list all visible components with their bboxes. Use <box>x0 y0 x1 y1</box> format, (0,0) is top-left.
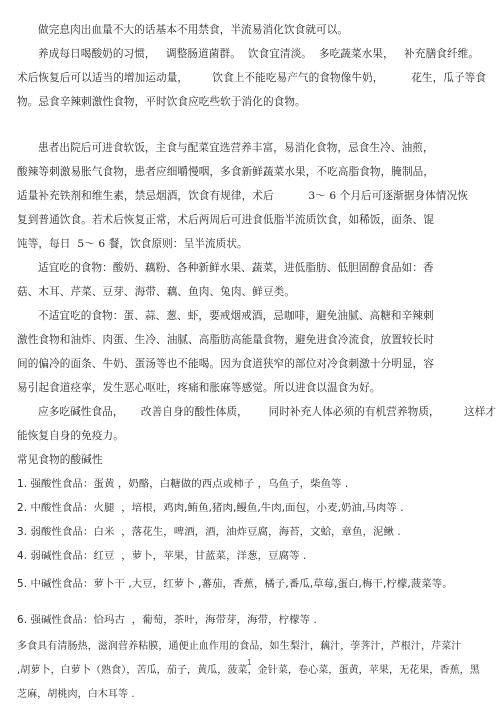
text-line: 饨等，每日 5～ 6 餐，饮食原则：呈半流质状。 <box>17 237 248 251</box>
text-line: 做完息肉出血量不大的话基本不用禁食，半流易消化饮食就可以。 <box>38 23 348 37</box>
list-item: 3. 弱酸性食品：白米 ，落花生，啤酒，酒，油炸豆腐，海苔，文蛤，章鱼，泥鳅 . <box>17 525 401 539</box>
list-item: 2. 中酸性食品：火腿 ，培根，鸡肉,鲔鱼,猪肉,鳗鱼,牛肉,面包，小麦,奶油,… <box>17 501 404 515</box>
text-line: 物。忌食辛辣刺激性食物，平时饮食应吃些软于消化的食物。 <box>17 95 306 109</box>
list-item: 4. 弱碱性食品：红豆 ，萝卜，苹果，甘蓝菜，洋葱，豆腐等 . <box>17 549 306 563</box>
text-line: 不适宜吃的食物：蛋、蒜、葱、虾，要戒烟戒酒，忌咖啡，避免油腻、高糖和辛辣刺 <box>38 309 434 323</box>
text-line: 常见食物的酸碱性 <box>17 453 103 467</box>
text-line: 芝麻，胡桃肉，白木耳等 . <box>17 688 135 702</box>
text-line: 间的偏冷的面条、牛奶、蛋汤等也不能喝。因为食道狭窄的部位对冷食刺激十分明显，容 <box>17 357 434 371</box>
text-line: 易引起食道痉挛，发生恶心呕吐，疼痛和胀麻等感觉。所以进食以温食为好。 <box>17 381 381 395</box>
document-page: 做完息肉出血量不大的话基本不用禁食，半流易消化饮食就可以。养成每日喝酸奶的习惯，… <box>0 0 500 708</box>
text-line: 适量补充铁剂和维生素，禁忌烟酒，饮食有规律，术后 3～ 6 个月后可逐渐据身体情… <box>17 189 468 203</box>
text-line: 多食具有清肠热，滋润营养粘膜，通便止血作用的食品，如生梨汁，藕汁，荸荠汁，芦根汁… <box>17 640 461 654</box>
text-line: 复到普通饮食。若术后恢复正常，术后两周后可进食低脂半流质饮食，如稀饭，面条、馄 <box>17 213 434 227</box>
text-line: 适宜吃的食物：酸奶、藕粉、各种新鲜水果、蔬菜，进低脂肪、低胆固醇食品如：香 <box>38 261 434 275</box>
text-line: 能恢复自身的免疫力。 <box>17 429 124 443</box>
text-line: 养成每日喝酸奶的习惯， 调整肠道菌群。 饮食宜清淡。 多吃蔬菜水果， 补充膳食纤… <box>38 47 479 61</box>
text-line: 术后恢复后可以适当的增加运动量， 饮食上不能吃易产气的食物像牛奶， 花生，瓜子等… <box>17 71 486 85</box>
text-line: 患者出院后可进食软饭，主食与配菜宜选营养丰富，易消化食物，忌食生冷、油煎， <box>38 141 434 155</box>
list-item: 6. 强碱性食品：恰玛古 ，葡萄，茶叶，海带芽，海带，柠檬等 . <box>17 613 317 627</box>
page-number: 1 <box>247 658 251 667</box>
list-item: 1. 强酸性食品：蛋黄 ，奶酪，白糖做的西点或柿子 ，乌鱼子，柴鱼等 . <box>17 477 348 491</box>
text-line: 应多吃碱性食品， 改善自身的酸性体质， 同时补充人体必须的有机营养物质， 这样才 <box>38 405 496 419</box>
text-line: 酸辣等刺激易胀气食物，患者应细嚼慢咽，多食新鲜蔬菜水果，不吃高脂食物，腌制品， <box>17 165 434 179</box>
list-item: 5. 中碱性食品：萝卜干 ,大豆，红萝卜 ,蕃茄，香蕉，橘子,番瓜,草莓,蛋白,… <box>17 577 453 591</box>
text-line: 菇、木耳、芹菜、豆芽、海带、藕、鱼肉、兔肉、鲜豆类。 <box>17 285 295 299</box>
text-line: 激性食物和油炸、肉蛋、生冷、油腻、高脂肪高能量食物，避免进食冷流食，放置较长时 <box>17 333 434 347</box>
